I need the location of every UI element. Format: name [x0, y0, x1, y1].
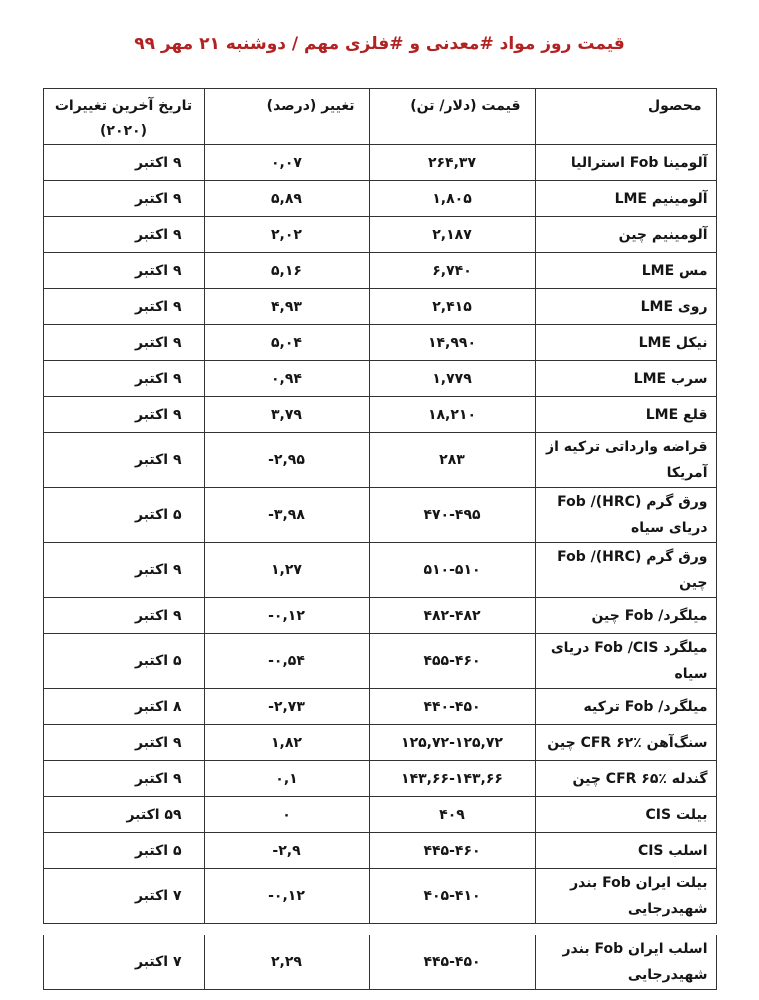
- cell-change: -۳,۹۸: [204, 488, 369, 543]
- table-header-row: محصول قیمت (دلار/ تن) تغییر (درصد) تاریخ…: [43, 89, 716, 145]
- cell-price: ۴۸۲-۴۸۲: [369, 598, 535, 634]
- cell-change: ۵,۰۴: [204, 325, 369, 361]
- cell-product: میلگرد/ Fob چین: [535, 598, 716, 634]
- cell-price: ۱۴,۹۹۰: [369, 325, 535, 361]
- header-date: تاریخ آخرین تغییرات (۲۰۲۰): [43, 89, 204, 145]
- cell-change: ۰: [204, 797, 369, 833]
- cell-price: ۱۴۳,۶۶-۱۴۳,۶۶: [369, 761, 535, 797]
- table-row: روی LME۲,۴۱۵۴,۹۳۹ اکتبر: [43, 289, 716, 325]
- cell-date: ۹ اکتبر: [43, 217, 204, 253]
- cell-change: -۰,۵۴: [204, 634, 369, 689]
- cell-change: ۵,۸۹: [204, 181, 369, 217]
- cell-product: آلومینیم چین: [535, 217, 716, 253]
- table-row: قلع LME۱۸,۲۱۰۳,۷۹۹ اکتبر: [43, 397, 716, 433]
- detached-row-table: اسلب ایران Fob بندر شهیدرجایی ۴۴۵-۴۵۰ ۲,…: [43, 935, 717, 990]
- cell-change: ۰,۱: [204, 761, 369, 797]
- header-product: محصول: [535, 89, 716, 145]
- cell-price: ۱۸,۲۱۰: [369, 397, 535, 433]
- table-header: محصول قیمت (دلار/ تن) تغییر (درصد) تاریخ…: [43, 89, 716, 145]
- table-row: اسلب CIS۴۴۵-۴۶۰-۲,۹۵ اکتبر: [43, 833, 716, 869]
- cell-price: ۴۰۹: [369, 797, 535, 833]
- cell-product: بیلت CIS: [535, 797, 716, 833]
- table-row: سنگ‌آهن ٪۶۲ CFR چین۱۲۵,۷۲-۱۲۵,۷۲۱,۸۲۹ اک…: [43, 725, 716, 761]
- cell-change: -۲,۷۳: [204, 689, 369, 725]
- price-table: محصول قیمت (دلار/ تن) تغییر (درصد) تاریخ…: [43, 88, 717, 924]
- cell-product: ورق گرم ⁦Fob /(HRC)⁩ دریای سیاه: [535, 488, 716, 543]
- cell-price: ۴۴۵-۴۶۰: [369, 833, 535, 869]
- cell-price: ۴۴۰-۴۵۰: [369, 689, 535, 725]
- table-row: ورق گرم ⁦Fob /(HRC)⁩ چین۵۱۰-۵۱۰۱,۲۷۹ اکت…: [43, 543, 716, 598]
- table-row: آلومینا Fob استرالیا۲۶۴,۳۷۰,۰۷۹ اکتبر: [43, 145, 716, 181]
- cell-product: نیکل LME: [535, 325, 716, 361]
- cell-change: -۲,۹: [204, 833, 369, 869]
- cell-date: ۹ اکتبر: [43, 361, 204, 397]
- cell-change: ۴,۹۳: [204, 289, 369, 325]
- cell-date: ۷ اکتبر: [43, 869, 204, 924]
- cell-product: سرب LME: [535, 361, 716, 397]
- cell-date: ۹ اکتبر: [43, 145, 204, 181]
- cell-price: ۱,۸۰۵: [369, 181, 535, 217]
- cell-price: ۲,۱۸۷: [369, 217, 535, 253]
- table-row: گندله ٪۶۵ CFR چین۱۴۳,۶۶-۱۴۳,۶۶۰,۱۹ اکتبر: [43, 761, 716, 797]
- cell-change: ۱,۸۲: [204, 725, 369, 761]
- table-row: میلگرد/ Fob چین۴۸۲-۴۸۲-۰,۱۲۹ اکتبر: [43, 598, 716, 634]
- cell-price: ۴۷۰-۴۹۵: [369, 488, 535, 543]
- cell-price: ۲۸۳: [369, 433, 535, 488]
- cell-price: ۱۲۵,۷۲-۱۲۵,۷۲: [369, 725, 535, 761]
- cell-price: ۱,۷۷۹: [369, 361, 535, 397]
- header-change: تغییر (درصد): [204, 89, 369, 145]
- table-row: آلومینیم چین۲,۱۸۷۲,۰۲۹ اکتبر: [43, 217, 716, 253]
- cell-change: ۰,۹۴: [204, 361, 369, 397]
- cell-date: ۹ اکتبر: [43, 289, 204, 325]
- table-row: بیلت ایران Fob بندر شهیدرجایی۴۰۵-۴۱۰-۰,۱…: [43, 869, 716, 924]
- cell-product: مس LME: [535, 253, 716, 289]
- cell-change: ۵,۱۶: [204, 253, 369, 289]
- page: قیمت روز مواد #معدنی و #فلزی مهم / دوشنب…: [0, 0, 759, 1000]
- cell-product: میلگرد/ Fob ترکیه: [535, 689, 716, 725]
- cell-date: ۵۹ اکتبر: [43, 797, 204, 833]
- table-row: آلومینیم LME۱,۸۰۵۵,۸۹۹ اکتبر: [43, 181, 716, 217]
- cell-date: ۹ اکتبر: [43, 433, 204, 488]
- cell-price: ۲۶۴,۳۷: [369, 145, 535, 181]
- cell-product: آلومینا Fob استرالیا: [535, 145, 716, 181]
- cell-change: -۰,۱۲: [204, 598, 369, 634]
- cell-product: قراضه وارداتی ترکیه از آمریکا: [535, 433, 716, 488]
- cell-price: ۴۴۵-۴۵۰: [369, 935, 535, 990]
- cell-change: -۰,۱۲: [204, 869, 369, 924]
- cell-change: ۳,۷۹: [204, 397, 369, 433]
- cell-date: ۹ اکتبر: [43, 181, 204, 217]
- cell-date: ۵ اکتبر: [43, 833, 204, 869]
- cell-date: ۹ اکتبر: [43, 543, 204, 598]
- table-row: میلگرد ⁦Fob /CIS⁩ دریای سیاه۴۵۵-۴۶۰-۰,۵۴…: [43, 634, 716, 689]
- cell-date: ۷ اکتبر: [43, 935, 204, 990]
- cell-change: ۰,۰۷: [204, 145, 369, 181]
- table-row: میلگرد/ Fob ترکیه۴۴۰-۴۵۰-۲,۷۳۸ اکتبر: [43, 689, 716, 725]
- cell-price: ۴۵۵-۴۶۰: [369, 634, 535, 689]
- cell-product: میلگرد ⁦Fob /CIS⁩ دریای سیاه: [535, 634, 716, 689]
- table-row: سرب LME۱,۷۷۹۰,۹۴۹ اکتبر: [43, 361, 716, 397]
- cell-product: سنگ‌آهن ٪۶۲ CFR چین: [535, 725, 716, 761]
- cell-price: ۶,۷۴۰: [369, 253, 535, 289]
- cell-product: ورق گرم ⁦Fob /(HRC)⁩ چین: [535, 543, 716, 598]
- cell-price: ۵۱۰-۵۱۰: [369, 543, 535, 598]
- cell-date: ۹ اکتبر: [43, 397, 204, 433]
- table-row: بیلت CIS۴۰۹۰۵۹ اکتبر: [43, 797, 716, 833]
- cell-date: ۹ اکتبر: [43, 725, 204, 761]
- cell-date: ۹ اکتبر: [43, 253, 204, 289]
- cell-change: ۱,۲۷: [204, 543, 369, 598]
- detached-table-row: اسلب ایران Fob بندر شهیدرجایی ۴۴۵-۴۵۰ ۲,…: [43, 935, 716, 990]
- cell-product: بیلت ایران Fob بندر شهیدرجایی: [535, 869, 716, 924]
- table-row: قراضه وارداتی ترکیه از آمریکا۲۸۳-۲,۹۵۹ ا…: [43, 433, 716, 488]
- cell-date: ۹ اکتبر: [43, 325, 204, 361]
- cell-price: ۴۰۵-۴۱۰: [369, 869, 535, 924]
- table-body: آلومینا Fob استرالیا۲۶۴,۳۷۰,۰۷۹ اکتبرآلو…: [43, 145, 716, 924]
- table-row: مس LME۶,۷۴۰۵,۱۶۹ اکتبر: [43, 253, 716, 289]
- cell-product: اسلب ایران Fob بندر شهیدرجایی: [535, 935, 716, 990]
- cell-change: ۲,۰۲: [204, 217, 369, 253]
- cell-product: اسلب CIS: [535, 833, 716, 869]
- cell-price: ۲,۴۱۵: [369, 289, 535, 325]
- cell-product: قلع LME: [535, 397, 716, 433]
- cell-change: ۲,۲۹: [204, 935, 369, 990]
- table-row: نیکل LME۱۴,۹۹۰۵,۰۴۹ اکتبر: [43, 325, 716, 361]
- cell-product: آلومینیم LME: [535, 181, 716, 217]
- table-row: ورق گرم ⁦Fob /(HRC)⁩ دریای سیاه۴۷۰-۴۹۵-۳…: [43, 488, 716, 543]
- cell-change: -۲,۹۵: [204, 433, 369, 488]
- header-price: قیمت (دلار/ تن): [369, 89, 535, 145]
- cell-date: ۹ اکتبر: [43, 598, 204, 634]
- page-title: قیمت روز مواد #معدنی و #فلزی مهم / دوشنب…: [0, 0, 759, 55]
- cell-product: روی LME: [535, 289, 716, 325]
- cell-date: ۵ اکتبر: [43, 634, 204, 689]
- cell-date: ۵ اکتبر: [43, 488, 204, 543]
- cell-date: ۹ اکتبر: [43, 761, 204, 797]
- cell-product: گندله ٪۶۵ CFR چین: [535, 761, 716, 797]
- cell-date: ۸ اکتبر: [43, 689, 204, 725]
